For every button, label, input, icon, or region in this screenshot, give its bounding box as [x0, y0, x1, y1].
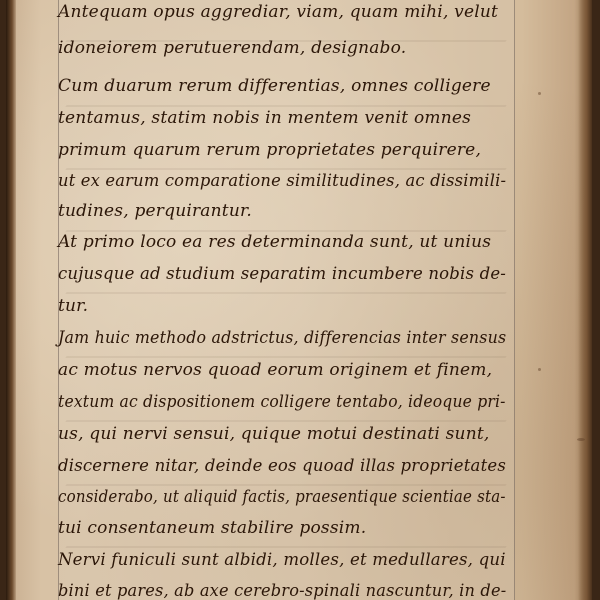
manuscript-text: Antequam opus aggrediar, viam, quam mihi… — [0, 0, 600, 600]
text-line: At primo loco ea res determinanda sunt, … — [58, 232, 491, 252]
text-line: tudines, perquirantur. — [58, 201, 252, 221]
text-line: idoneiorem perutuerendam, designabo. — [58, 38, 406, 58]
text-line: Nervi funiculi sunt albidi, molles, et m… — [58, 550, 506, 570]
text-line: ac motus nervos quoad eorum originem et … — [58, 360, 492, 380]
text-line: discernere nitar, deinde eos quoad illas… — [58, 456, 506, 476]
text-line: tui consentaneum stabilire possim. — [58, 518, 366, 538]
text-line: primum quarum rerum proprietates perquir… — [58, 140, 481, 160]
text-line: Antequam opus aggrediar, viam, quam mihi… — [58, 2, 498, 22]
text-line: considerabo, ut aliquid factis, praesent… — [58, 487, 506, 507]
text-line: tentamus, statim nobis in mentem venit o… — [58, 108, 471, 128]
text-line: tur. — [58, 296, 88, 316]
text-line: Cum duarum rerum differentias, omnes col… — [58, 76, 491, 96]
text-line: bini et pares, ab axe cerebro-spinali na… — [58, 581, 506, 600]
text-line: textum ac dispositionem colligere tentab… — [58, 392, 506, 412]
text-line: cujusque ad studium separatim incumbere … — [58, 264, 506, 284]
text-line: ut ex earum comparatione similitudines, … — [58, 171, 506, 191]
text-line: us, qui nervi sensui, quique motui desti… — [58, 424, 489, 444]
text-line: Jam huic methodo adstrictus, differencia… — [58, 328, 506, 348]
